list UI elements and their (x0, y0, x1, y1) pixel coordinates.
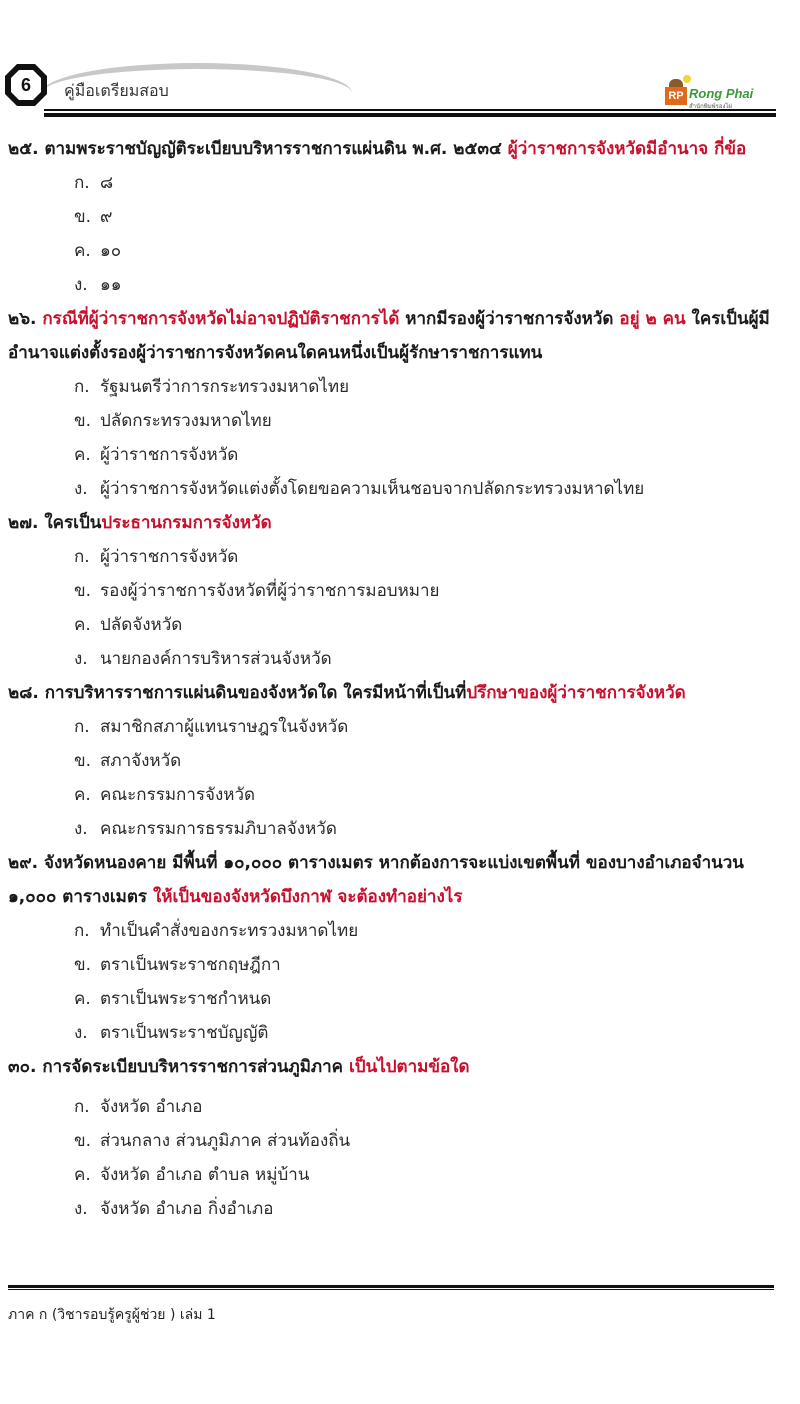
option-text: จังหวัด อำเภอ กิ่งอำเภอ (100, 1199, 273, 1219)
option-text: คณะกรรมการจังหวัด (100, 785, 255, 805)
option-list: ก.สมาชิกสภาผู้แทนราษฎรในจังหวัดข.สภาจังห… (8, 710, 788, 846)
header-title: คู่มือเตรียมสอบ (64, 79, 169, 104)
logo-name: Rong Phai (689, 86, 753, 101)
question-highlight: เป็นไปตามข้อใด (349, 1057, 470, 1077)
option-label: ง. (74, 268, 100, 302)
answer-option: ก.สมาชิกสภาผู้แทนราษฎรในจังหวัด (74, 710, 788, 744)
answer-option: ง.นายกองค์การบริหารส่วนจังหวัด (74, 642, 788, 676)
question-text: ๓๐. การจัดระเบียบบริหารราชการส่วนภูมิภาค… (8, 1050, 788, 1084)
option-text: ตราเป็นพระราชกำหนด (100, 989, 271, 1009)
option-label: ข. (74, 744, 100, 778)
option-text: ๙ (100, 207, 112, 227)
option-label: ง. (74, 1016, 100, 1050)
question-block: ๒๕. ตามพระราชบัญญัติระเบียบบริหารราชการแ… (8, 132, 788, 302)
option-text: ตราเป็นพระราชบัญญัติ (100, 1023, 268, 1043)
option-label: ค. (74, 982, 100, 1016)
question-highlight: ปรึกษาของผู้ว่าราชการจังหวัด (466, 683, 685, 703)
footer-rule-thick (8, 1285, 774, 1288)
question-block: ๒๖. กรณีที่ผู้ว่าราชการจังหวัดไม่อาจปฏิบ… (8, 302, 788, 506)
option-text: สมาชิกสภาผู้แทนราษฎรในจังหวัด (100, 717, 348, 737)
option-label: ก. (74, 914, 100, 948)
option-list: ก.ทำเป็นคำสั่งของกระทรวงมหาดไทยข.ตราเป็น… (8, 914, 788, 1050)
question-text: ๒๘. การบริหารราชการแผ่นดินของจังหวัดใด ใ… (8, 676, 788, 710)
option-label: ข. (74, 948, 100, 982)
option-label: ก. (74, 710, 100, 744)
option-text: ผู้ว่าราชการจังหวัด (100, 547, 238, 567)
answer-option: ข.สภาจังหวัด (74, 744, 788, 778)
answer-option: ง.คณะกรรมการธรรมภิบาลจังหวัด (74, 812, 788, 846)
option-text: จังหวัด อำเภอ ตำบล หมู่บ้าน (100, 1165, 309, 1185)
question-highlight: ผู้ว่าราชการจังหวัดมีอำนาจ กี่ข้อ (508, 139, 746, 159)
option-label: ก. (74, 166, 100, 200)
option-label: ค. (74, 778, 100, 812)
answer-option: ข.ตราเป็นพระราชกฤษฎีกา (74, 948, 788, 982)
option-label: ก. (74, 1090, 100, 1124)
option-list: ก.รัฐมนตรีว่าการกระทรวงมหาดไทยข.ปลัดกระท… (8, 370, 788, 506)
option-label: ง. (74, 812, 100, 846)
option-text: นายกองค์การบริหารส่วนจังหวัด (100, 649, 332, 669)
option-text: ปลัดจังหวัด (100, 615, 182, 635)
question-number: ๒๗. (8, 513, 38, 533)
question-segment: การบริหารราชการแผ่นดินของจังหวัดใด ใครมี… (39, 683, 467, 703)
answer-option: ง.ผู้ว่าราชการจังหวัดแต่งตั้งโดยขอความเห… (74, 472, 788, 506)
option-text: ผู้ว่าราชการจังหวัด (100, 445, 238, 465)
option-text: รัฐมนตรีว่าการกระทรวงมหาดไทย (100, 377, 349, 397)
question-text: ๒๖. กรณีที่ผู้ว่าราชการจังหวัดไม่อาจปฏิบ… (8, 302, 788, 370)
option-text: ๑๑ (100, 275, 122, 295)
question-block: ๒๙. จังหวัดหนองคาย มีพื้นที่ ๑๐,๐๐๐ ตารา… (8, 846, 788, 1050)
answer-option: ข.ส่วนกลาง ส่วนภูมิภาค ส่วนท้องถิ่น (74, 1124, 788, 1158)
header-rule-thick (44, 113, 776, 117)
answer-option: ก.รัฐมนตรีว่าการกระทรวงมหาดไทย (74, 370, 788, 404)
option-text: ส่วนกลาง ส่วนภูมิภาค ส่วนท้องถิ่น (100, 1131, 350, 1151)
question-segment: หากมีรองผู้ว่าราชการจังหวัด (399, 309, 619, 329)
option-label: ง. (74, 1192, 100, 1226)
option-text: ผู้ว่าราชการจังหวัดแต่งตั้งโดยขอความเห็น… (100, 479, 644, 499)
option-label: ง. (74, 642, 100, 676)
option-list: ก.จังหวัด อำเภอข.ส่วนกลาง ส่วนภูมิภาค ส่… (8, 1090, 788, 1226)
question-block: ๒๘. การบริหารราชการแผ่นดินของจังหวัดใด ใ… (8, 676, 788, 846)
answer-option: ข.ปลัดกระทรวงมหาดไทย (74, 404, 788, 438)
option-label: ค. (74, 438, 100, 472)
option-text: ปลัดกระทรวงมหาดไทย (100, 411, 272, 431)
logo-box: RP (665, 87, 687, 105)
option-text: ๘ (100, 173, 113, 193)
page-number-badge: 6 (4, 63, 48, 107)
page-number: 6 (4, 63, 48, 107)
option-text: จังหวัด อำเภอ (100, 1097, 202, 1117)
answer-option: ข.๙ (74, 200, 788, 234)
house-roof-icon (669, 79, 683, 87)
question-number: ๒๖. (8, 309, 36, 329)
option-label: ข. (74, 574, 100, 608)
answer-option: ก.ผู้ว่าราชการจังหวัด (74, 540, 788, 574)
publisher-logo: RP Rong Phai สำนักพิมพ์รองไผ่ (665, 75, 785, 111)
option-label: ง. (74, 472, 100, 506)
option-text: ตราเป็นพระราชกฤษฎีกา (100, 955, 281, 975)
answer-option: ง.จังหวัด อำเภอ กิ่งอำเภอ (74, 1192, 788, 1226)
answer-option: ก.จังหวัด อำเภอ (74, 1090, 788, 1124)
question-text: ๒๙. จังหวัดหนองคาย มีพื้นที่ ๑๐,๐๐๐ ตารา… (8, 846, 788, 914)
question-text: ๒๕. ตามพระราชบัญญัติระเบียบบริหารราชการแ… (8, 132, 788, 166)
option-text: คณะกรรมการธรรมภิบาลจังหวัด (100, 819, 337, 839)
footer-rule-thin (8, 1289, 774, 1290)
question-number: ๒๙. (8, 853, 38, 873)
option-label: ค. (74, 608, 100, 642)
page-header: 6 คู่มือเตรียมสอบ RP Rong Phai สำนักพิมพ… (0, 55, 800, 115)
option-label: ข. (74, 404, 100, 438)
question-number: ๒๘. (8, 683, 39, 703)
question-number: ๒๕. (8, 139, 39, 159)
option-list: ก.๘ข.๙ค.๑๐ง.๑๑ (8, 166, 788, 302)
option-text: สภาจังหวัด (100, 751, 181, 771)
option-label: ข. (74, 200, 100, 234)
question-block: ๓๐. การจัดระเบียบบริหารราชการส่วนภูมิภาค… (8, 1050, 788, 1226)
question-segment: ใครเป็น (38, 513, 101, 533)
question-highlight: กรณีที่ผู้ว่าราชการจังหวัดไม่อาจปฏิบัติร… (42, 309, 399, 329)
answer-option: ค.ตราเป็นพระราชกำหนด (74, 982, 788, 1016)
answer-option: ก.๘ (74, 166, 788, 200)
option-label: ก. (74, 540, 100, 574)
header-rule-thin (44, 109, 776, 111)
answer-option: ค.ผู้ว่าราชการจังหวัด (74, 438, 788, 472)
answer-option: ก.ทำเป็นคำสั่งของกระทรวงมหาดไทย (74, 914, 788, 948)
question-segment: ตามพระราชบัญญัติระเบียบบริหารราชการแผ่นด… (39, 139, 508, 159)
option-text: รองผู้ว่าราชการจังหวัดที่ผู้ว่าราชการมอบ… (100, 581, 440, 601)
option-text: ทำเป็นคำสั่งของกระทรวงมหาดไทย (100, 921, 358, 941)
question-block: ๒๗. ใครเป็นประธานกรมการจังหวัดก.ผู้ว่ารา… (8, 506, 788, 676)
answer-option: ค.คณะกรรมการจังหวัด (74, 778, 788, 812)
option-label: ข. (74, 1124, 100, 1158)
answer-option: ง.๑๑ (74, 268, 788, 302)
footer-text: ภาค ก (วิชารอบรู้ครูผู้ช่วย ) เล่ม 1 (8, 1304, 216, 1326)
question-highlight: ประธานกรมการจังหวัด (101, 513, 271, 533)
question-highlight: ให้เป็นของจังหวัดบึงกาฬ จะต้องทำอย่างไร (153, 887, 462, 907)
answer-option: ค.๑๐ (74, 234, 788, 268)
option-text: ๑๐ (100, 241, 121, 261)
answer-option: ค.จังหวัด อำเภอ ตำบล หมู่บ้าน (74, 1158, 788, 1192)
answer-option: ง.ตราเป็นพระราชบัญญัติ (74, 1016, 788, 1050)
option-label: ค. (74, 1158, 100, 1192)
answer-option: ค.ปลัดจังหวัด (74, 608, 788, 642)
answer-option: ข.รองผู้ว่าราชการจังหวัดที่ผู้ว่าราชการม… (74, 574, 788, 608)
option-list: ก.ผู้ว่าราชการจังหวัดข.รองผู้ว่าราชการจั… (8, 540, 788, 676)
question-highlight: อยู่ ๒ คน (619, 309, 685, 329)
question-list: ๒๕. ตามพระราชบัญญัติระเบียบบริหารราชการแ… (8, 132, 788, 1226)
sun-icon (683, 75, 691, 83)
option-label: ค. (74, 234, 100, 268)
question-text: ๒๗. ใครเป็นประธานกรมการจังหวัด (8, 506, 788, 540)
question-segment: การจัดระเบียบบริหารราชการส่วนภูมิภาค (36, 1057, 349, 1077)
question-number: ๓๐. (8, 1057, 36, 1077)
option-label: ก. (74, 370, 100, 404)
